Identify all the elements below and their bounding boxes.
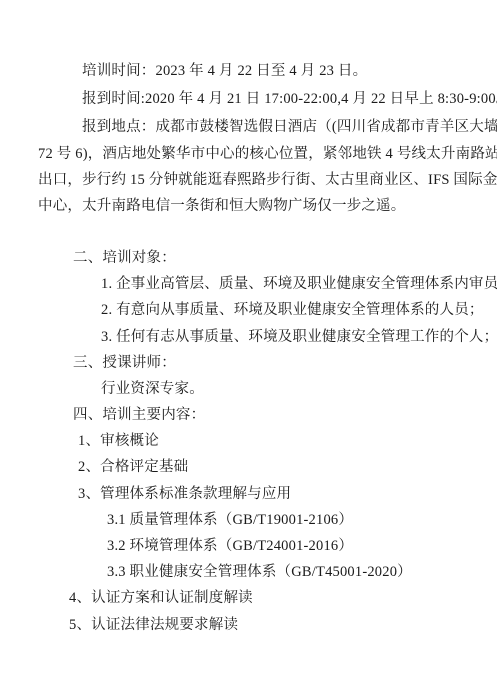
checkin-time-line: 报到时间:2020 年 4 月 21 日 17:00-22:00,4 月 22 … [38, 85, 461, 113]
content-item: 3、管理体系标准条款理解与应用 [38, 481, 461, 507]
target-item: 1. 企事业高管层、质量、环境及职业健康安全管理体系内审员； [38, 271, 461, 297]
training-time-line: 培训时间：2023 年 4 月 22 日至 4 月 23 日。 [38, 57, 461, 85]
section-heading-training-targets: 二、培训对象： [38, 245, 461, 271]
paragraph-spacer [38, 220, 461, 245]
content-subitem: 3.3 职业健康安全管理体系（GB/T45001-2020） [38, 559, 461, 585]
content-item: 5、认证法律法规要求解读 [38, 612, 461, 638]
checkin-location-line: 72 号 6)，酒店地处繁华市中心的核心位置，紧邻地铁 4 号线太升南路站 D [38, 141, 461, 167]
content-item: 4、认证方案和认证制度解读 [38, 585, 461, 611]
content-subitem: 3.2 环境管理体系（GB/T24001-2016） [38, 533, 461, 559]
checkin-location-line: 中心，太升南路电信一条街和恒大购物广场仅一步之遥。 [38, 193, 461, 219]
checkin-location-line: 报到地点：成都市鼓楼智选假日酒店（(四川省成都市青羊区大墙西街 [38, 113, 461, 141]
target-item: 3. 任何有志从事质量、环境及职业健康安全管理工作的个人； [38, 324, 461, 350]
section-heading-main-content: 四、培训主要内容： [38, 402, 461, 428]
section-heading-lecturer: 三、授课讲师： [38, 350, 461, 376]
content-item: 2、合格评定基础 [38, 454, 461, 480]
checkin-location-line: 出口，步行约 15 分钟就能逛春熙路步行街、太古里商业区、IFS 国际金融 [38, 167, 461, 193]
content-subitem: 3.1 质量管理体系（GB/T19001-2106） [38, 507, 461, 533]
content-item: 1、审核概论 [38, 428, 461, 454]
target-item: 2. 有意向从事质量、环境及职业健康安全管理体系的人员； [38, 297, 461, 323]
lecturer-body: 行业资深专家。 [38, 376, 461, 402]
document-page: 培训时间：2023 年 4 月 22 日至 4 月 23 日。 报到时间:202… [0, 0, 497, 698]
